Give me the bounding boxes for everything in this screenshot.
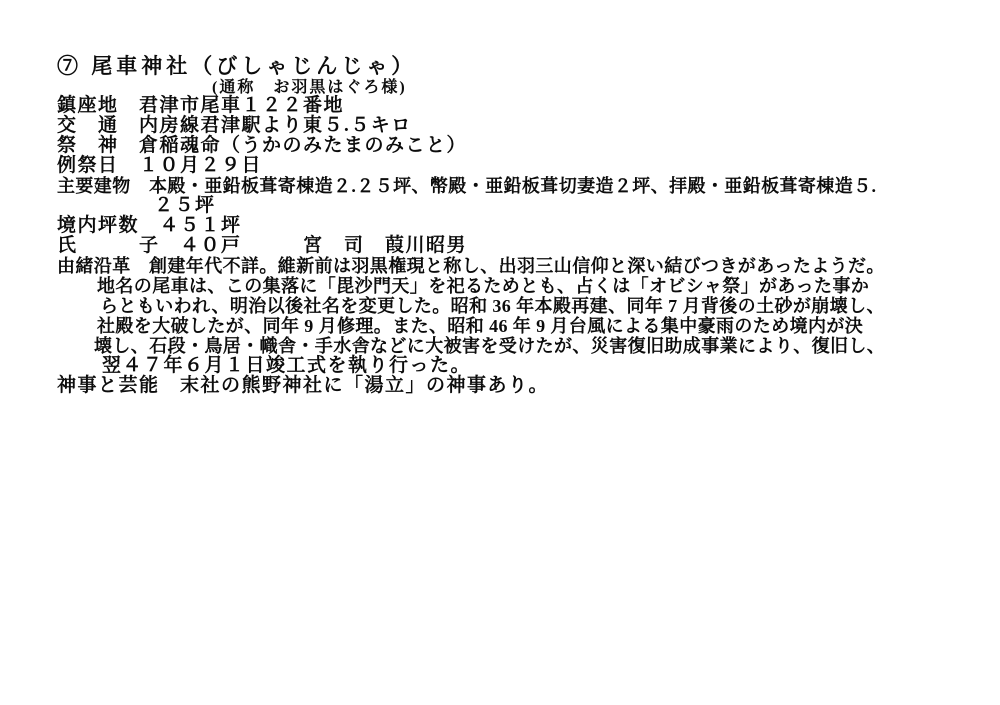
field-line-buildings-continuation: ２５坪 bbox=[154, 196, 957, 216]
entry-title: ⑦ 尾車神社（びしゃじんじゃ） bbox=[57, 54, 957, 79]
field-line-deity: 祭 神 倉稲魂命（うかのみたまのみこと） bbox=[57, 136, 957, 156]
field-line-festival-date: 例祭日 １０月２９日 bbox=[57, 156, 957, 176]
field-line-location: 鎮座地 君津市尾車１２２番地 bbox=[57, 96, 957, 116]
entry-alias-subtitle: (通称 お羽黒はぐろ様) bbox=[212, 79, 957, 96]
field-line-precinct-area: 境内坪数 ４５１坪 bbox=[57, 216, 957, 236]
history-line-3: らともいわれ、明治以後社名を変更した。昭和 36 年本殿再建、同年 7 月背後の… bbox=[100, 296, 957, 316]
history-line-2: 地名の尾車は、この集落に「毘沙門天」を祀るためとも、占くは「オビシャ祭」があった… bbox=[97, 276, 957, 296]
history-line-6: 翌４７年６月１日竣工式を執り行った。 bbox=[102, 356, 957, 376]
shrine-entry: ⑦ 尾車神社（びしゃじんじゃ） (通称 お羽黒はぐろ様) 鎮座地 君津市尾車１２… bbox=[57, 54, 957, 396]
history-line-4: 社殿を大破したが、同年 9 月修理。また、昭和 46 年 9 月台風による集中豪… bbox=[97, 316, 957, 336]
field-line-access: 交 通 内房線君津駅より東５.５キロ bbox=[57, 116, 957, 136]
field-line-buildings: 主要建物 本殿・亜鉛板葺寄棟造２.２５坪、幣殿・亜鉛板葺切妻造２坪、拝殿・亜鉛板… bbox=[57, 176, 957, 196]
history-line-1: 由緒沿革 創建年代不詳。維新前は羽黒権現と称し、出羽三山信仰と深い結びつきがあっ… bbox=[57, 256, 957, 276]
field-line-parishioners-and-priest: 氏 子 ４０戸 宮 司 葭川昭男 bbox=[57, 236, 957, 256]
field-line-rituals: 神事と芸能 末社の熊野神社に「湯立」の神事あり。 bbox=[57, 376, 957, 396]
history-line-5: 壊し、石段・鳥居・幟舎・手水舎などに大被害を受けたが、災害復旧助成事業により、復… bbox=[94, 336, 957, 356]
scanned-document-page: ⑦ 尾車神社（びしゃじんじゃ） (通称 お羽黒はぐろ様) 鎮座地 君津市尾車１２… bbox=[0, 0, 1000, 705]
